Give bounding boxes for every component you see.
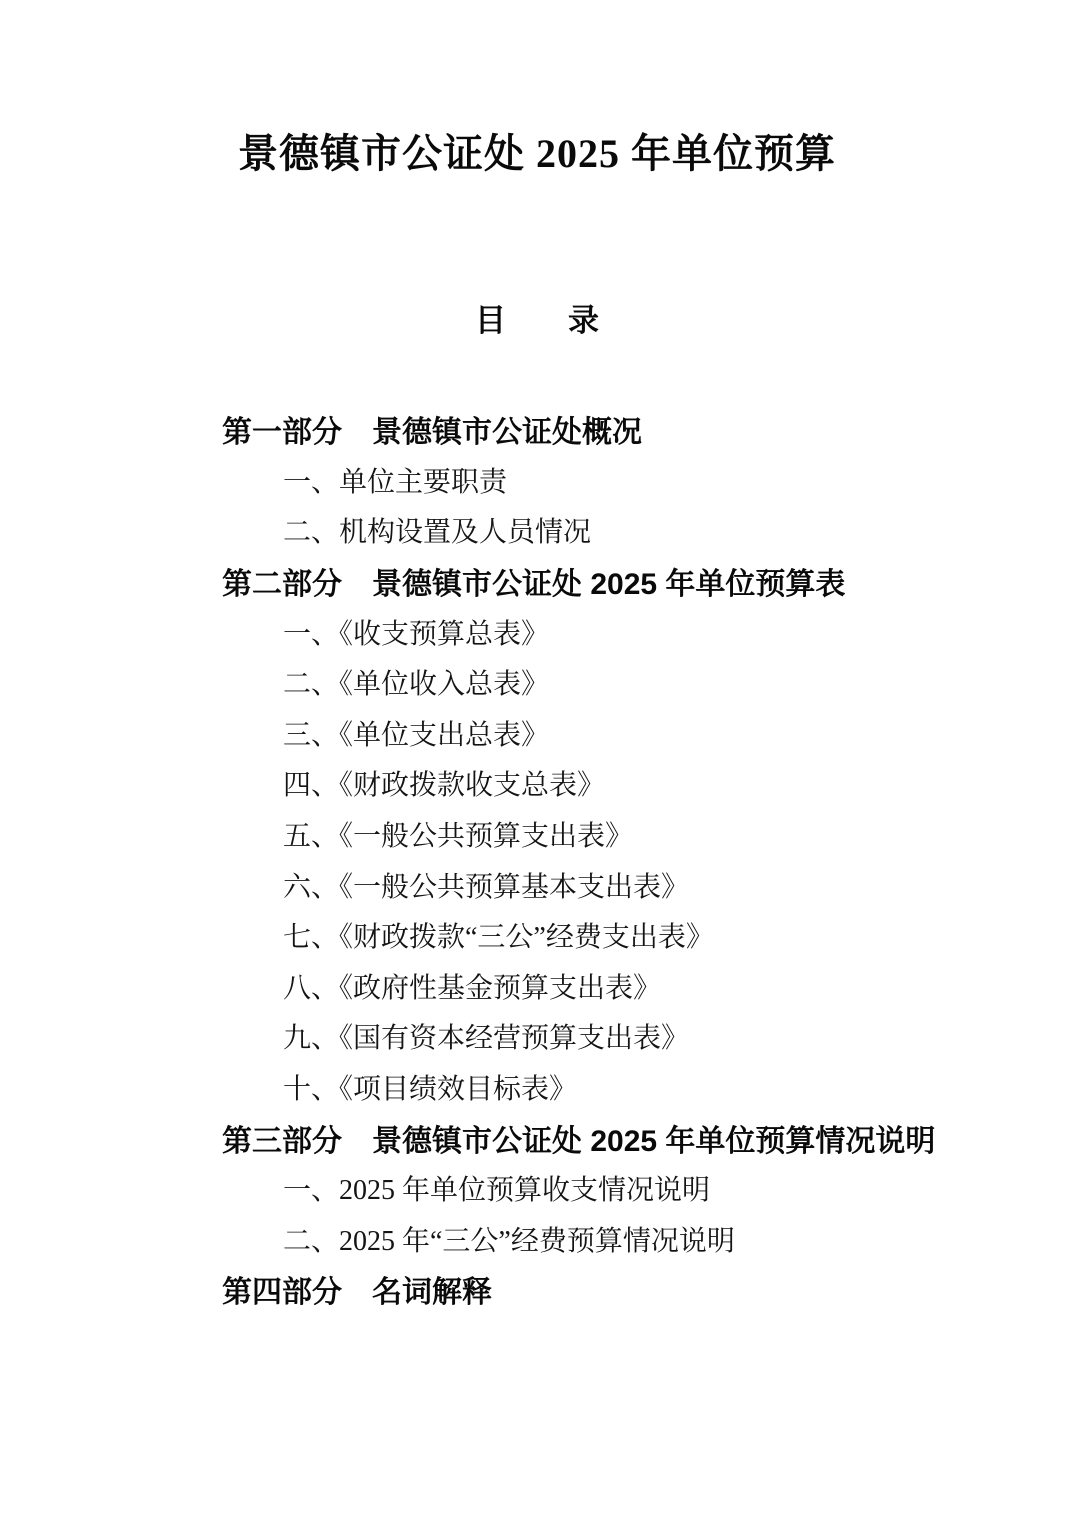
toc-item: 一、《收支预算总表》 xyxy=(222,606,954,657)
toc-section-heading: 第三部分 景德镇市公证处 2025 年单位预算情况说明 xyxy=(222,1112,954,1163)
toc-item: 八、《政府性基金预算支出表》 xyxy=(222,961,954,1012)
toc-item: 一、2025 年单位预算收支情况说明 xyxy=(222,1163,954,1214)
document-title: 景德镇市公证处 2025 年单位预算 xyxy=(0,0,1074,182)
toc-item: 四、《财政拨款收支总表》 xyxy=(222,758,954,809)
toc-item: 三、《单位支出总表》 xyxy=(222,708,954,759)
toc-item: 六、《一般公共预算基本支出表》 xyxy=(222,859,954,910)
toc-item: 一、单位主要职责 xyxy=(222,455,954,506)
toc-item: 五、《一般公共预算支出表》 xyxy=(222,809,954,860)
toc-item: 七、《财政拨款“三公”经费支出表》 xyxy=(222,910,954,961)
toc-section-heading: 第四部分 名词解释 xyxy=(222,1264,954,1315)
toc-item: 二、《单位收入总表》 xyxy=(222,657,954,708)
toc-item: 十、《项目绩效目标表》 xyxy=(222,1062,954,1113)
document-page: 景德镇市公证处 2025 年单位预算 目 录 第一部分 景德镇市公证处概况 一、… xyxy=(0,0,1074,1520)
toc-item: 九、《国有资本经营预算支出表》 xyxy=(222,1011,954,1062)
toc-list: 第一部分 景德镇市公证处概况 一、单位主要职责 二、机构设置及人员情况 第二部分… xyxy=(222,404,954,1315)
toc-section-heading: 第一部分 景德镇市公证处概况 xyxy=(222,404,954,455)
toc-item: 二、2025 年“三公”经费预算情况说明 xyxy=(222,1214,954,1265)
toc-section-heading: 第二部分 景德镇市公证处 2025 年单位预算表 xyxy=(222,556,954,607)
toc-item: 二、机构设置及人员情况 xyxy=(222,505,954,556)
toc-heading: 目 录 xyxy=(0,300,1074,342)
